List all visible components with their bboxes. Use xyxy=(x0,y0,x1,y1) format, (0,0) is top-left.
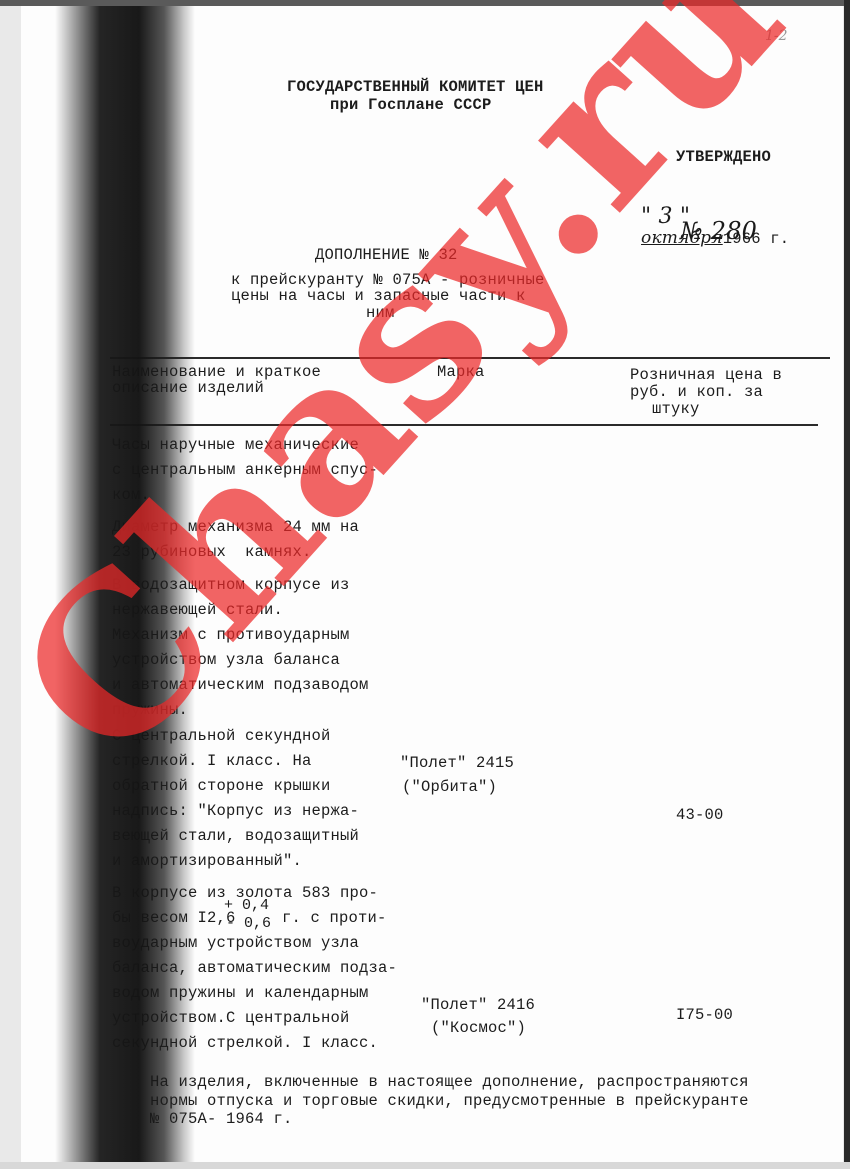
org-name: ГОСУДАРСТВЕННЫЙ КОМИТЕТ ЦЕН xyxy=(287,78,544,97)
corner-page-note: 1-2 xyxy=(765,28,788,44)
row2-price: I75-00 xyxy=(676,1006,733,1025)
weight-tolerance-plus: + 0,4 xyxy=(224,898,269,913)
approved-number: № 280 xyxy=(680,218,757,244)
table-header-bottom-rule xyxy=(110,424,818,426)
scan-binding-shadow xyxy=(55,6,195,1162)
supplement-subtitle-3: ним xyxy=(366,304,395,323)
row1-model: ("Орбита") xyxy=(402,778,497,797)
row1-brand: "Полет" 2415 xyxy=(400,754,514,773)
description-line: г. с проти- xyxy=(282,909,387,928)
table-top-rule xyxy=(110,357,830,359)
column-header-price-3: штуку xyxy=(652,400,700,419)
approved-label: УТВЕРЖДЕНО xyxy=(676,148,771,167)
weight-tolerance-minus: - 0,6 xyxy=(226,916,271,931)
supplement-title: ДОПОЛНЕНИЕ № 32 xyxy=(315,246,458,265)
footer-note-1: На изделия, включенные в настоящее допол… xyxy=(150,1073,749,1092)
row2-model: ("Космос") xyxy=(431,1019,526,1038)
org-subtitle: при Госплане СССР xyxy=(330,96,492,115)
row2-brand: "Полет" 2416 xyxy=(421,996,535,1015)
scan-frame-bottom xyxy=(0,1162,850,1169)
scan-frame-right xyxy=(844,0,850,1169)
row1-price: 43-00 xyxy=(676,806,724,825)
footer-note-2: нормы отпуска и торговые скидки, предусм… xyxy=(150,1092,749,1111)
column-header-brand: Марка xyxy=(437,363,485,382)
